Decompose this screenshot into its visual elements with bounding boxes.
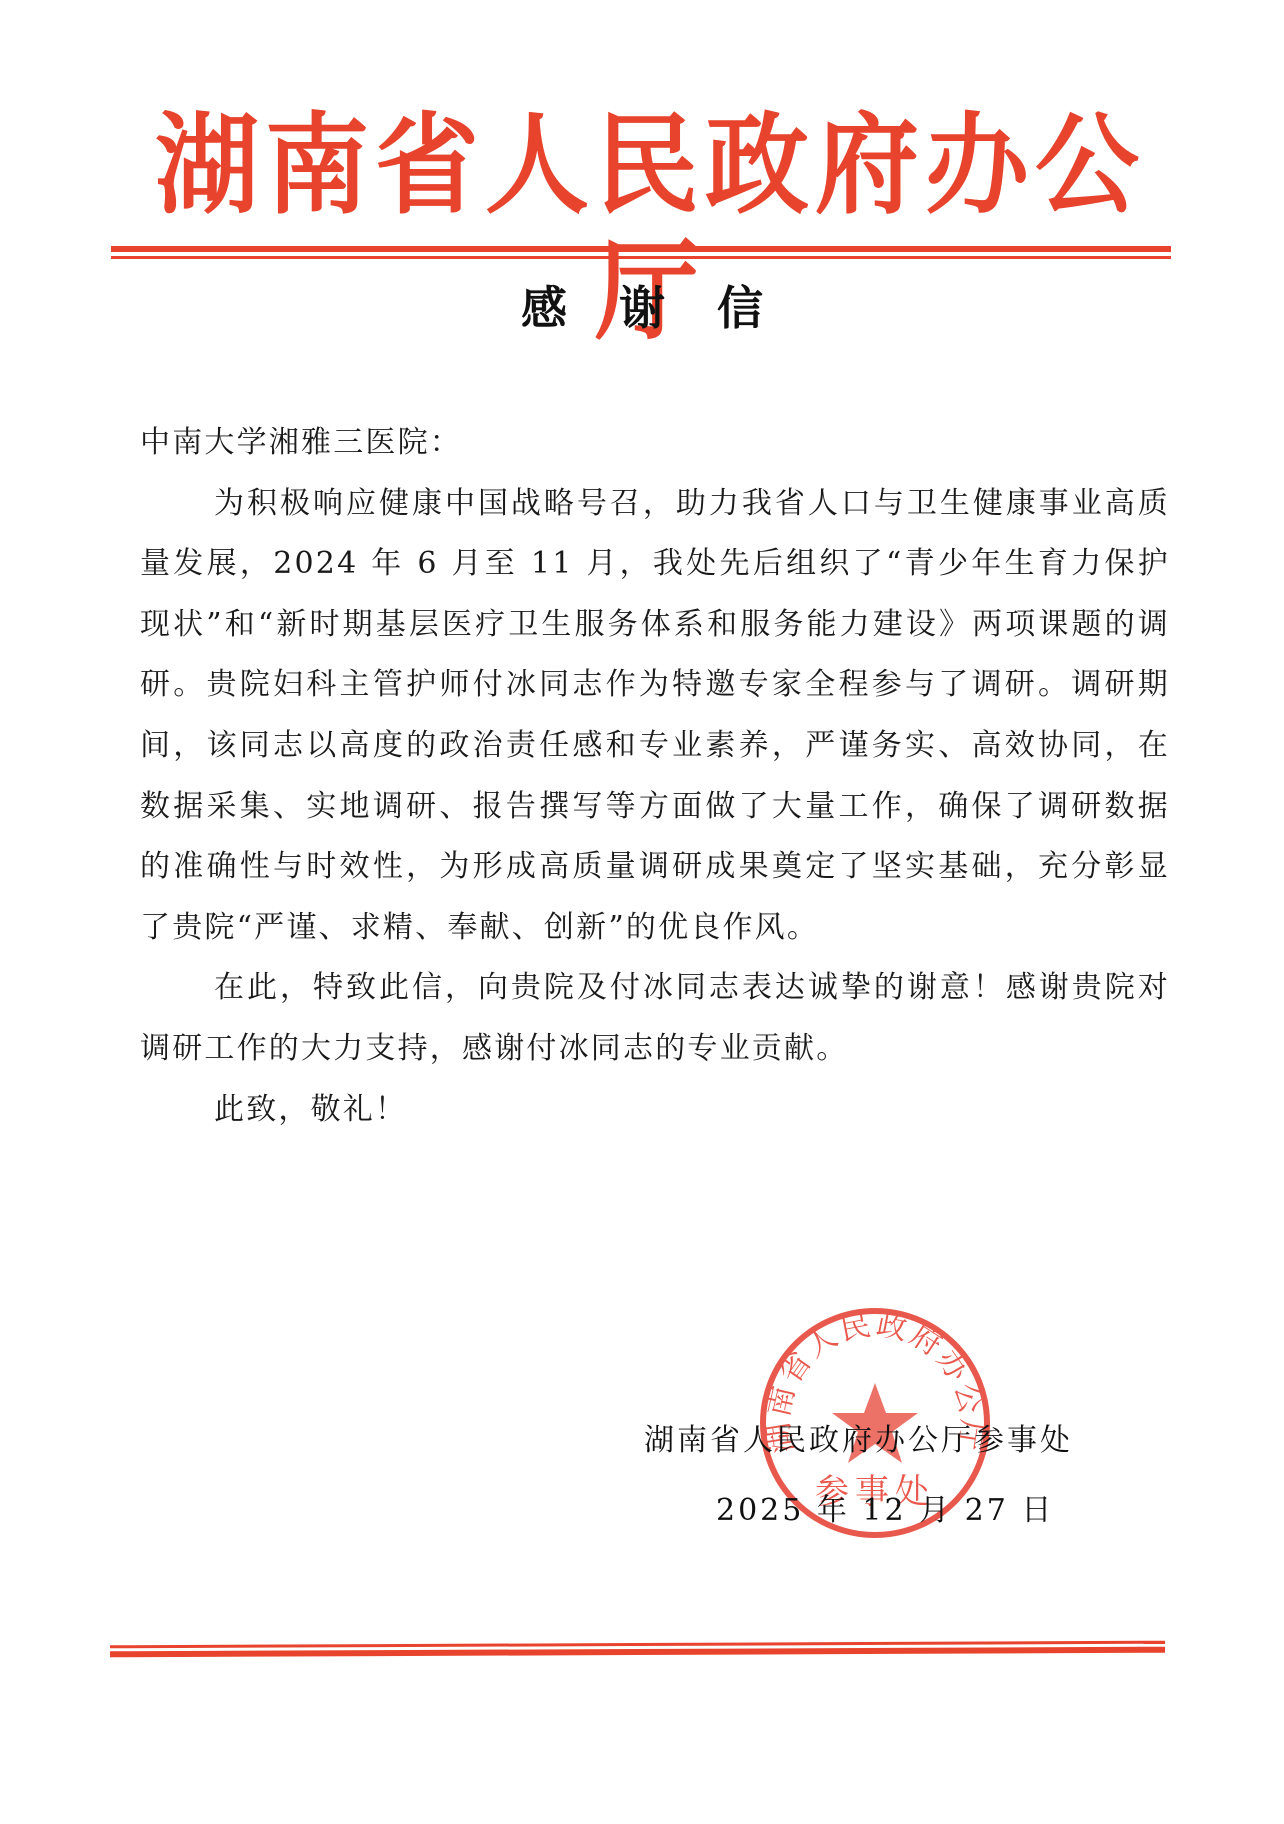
closing-line: 此致，敬礼！	[140, 1080, 1170, 1141]
paragraph-thanks: 在此，特致此信，向贵院及付冰同志表达诚挚的谢意！感谢贵院对调研工作的大力支持，感…	[140, 958, 1170, 1079]
paragraph-main: 为积极响应健康中国战略号召，助力我省人口与卫生健康事业高质量发展，2024 年 …	[140, 474, 1170, 959]
letter-page: 湖南省人民政府办公厅 感 谢 信 中南大学湘雅三医院： 为积极响应健康中国战略号…	[0, 0, 1284, 1824]
document-title: 感 谢 信	[0, 272, 1284, 338]
signature-organization: 湖南省人民政府办公厅参事处	[644, 1415, 1073, 1459]
header-red-rule	[111, 246, 1171, 262]
salutation: 中南大学湘雅三医院：	[140, 413, 1170, 474]
header-rule-thick	[111, 246, 1171, 252]
signature-date: 2025 年 12 月 27 日	[716, 1485, 1054, 1529]
footer-red-rule	[110, 1639, 1165, 1660]
header-rule-thin	[111, 256, 1171, 259]
letter-body: 中南大学湘雅三医院： 为积极响应健康中国战略号召，助力我省人口与卫生健康事业高质…	[140, 413, 1170, 1140]
footer-rule-thick	[110, 1647, 1165, 1658]
